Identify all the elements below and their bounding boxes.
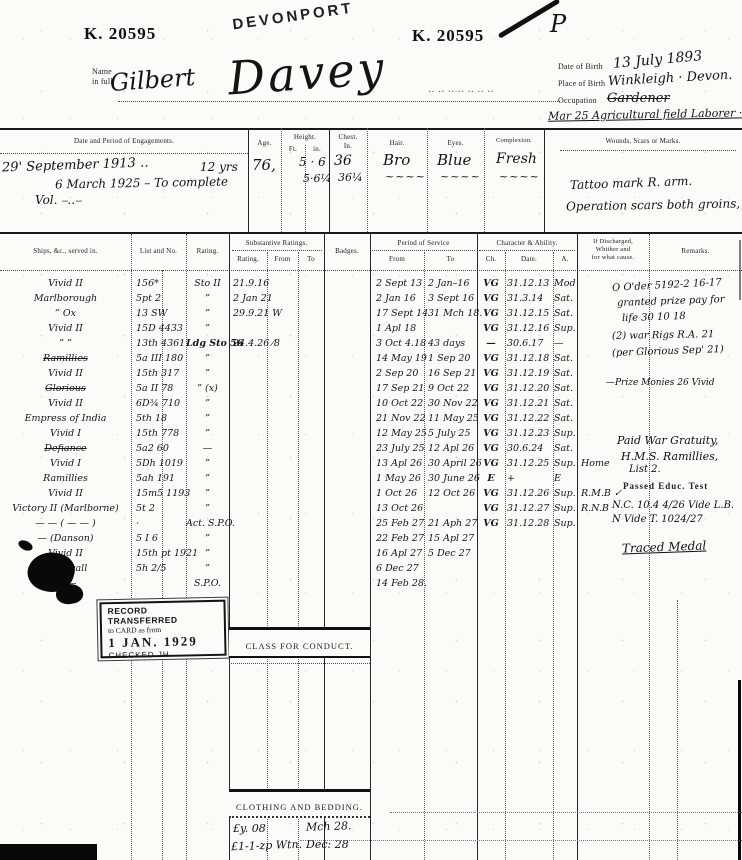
cell-ship: Vivid II bbox=[0, 278, 131, 289]
scan-edge-artifact bbox=[738, 680, 741, 860]
ships-header: Ships, &c., served in. bbox=[0, 247, 131, 255]
hair-header: Hair. bbox=[367, 139, 427, 147]
cell-rating: ” bbox=[186, 533, 229, 544]
reference-number-right: K. 20595 bbox=[412, 26, 484, 46]
cell-ship: ” Ox bbox=[0, 308, 131, 319]
hair-value: Bro bbox=[383, 151, 410, 169]
cell-to: 12 Oct 26 bbox=[424, 488, 477, 499]
cell-rating: Ldg Sto 56 bbox=[186, 338, 229, 349]
cell-to: 12 Apl 26 bbox=[424, 443, 477, 454]
scan-edge-artifact bbox=[739, 240, 741, 300]
cell-from: 13 Oct 26 bbox=[370, 503, 424, 514]
sub-to-header: To bbox=[298, 255, 324, 263]
table-row: Vivid I15th 778”12 May 255 July 25VG31.1… bbox=[0, 426, 649, 441]
age-header: Age. bbox=[248, 139, 281, 147]
cell-ability: — bbox=[553, 338, 577, 349]
remark-line: granted prize pay for bbox=[617, 294, 725, 309]
cell-from: 1 Apl 18 bbox=[370, 323, 424, 334]
cell-ability: E bbox=[553, 473, 577, 484]
cell-to: 5 Dec 27 bbox=[424, 548, 477, 559]
cell-from: 17 Sept 14 bbox=[370, 308, 424, 319]
remark-line: H.M.S. Ramillies, bbox=[621, 450, 718, 463]
cell-list: · bbox=[131, 518, 186, 529]
cell-rating: ” bbox=[186, 293, 229, 304]
cell-ability: Sat. bbox=[553, 398, 577, 409]
height-header: Height. bbox=[281, 133, 329, 141]
remark-line: (2) war Rigs R.A. 21 bbox=[612, 329, 714, 342]
cell-char-date: 31.12.13 bbox=[505, 278, 553, 289]
cell-char-date: 31.3.14 bbox=[505, 293, 553, 304]
cell-ship: ” ” bbox=[0, 338, 131, 349]
cell-char-date: 31.12.15 bbox=[505, 308, 553, 319]
wounds-value-2: Operation scars both groins, bbox=[566, 196, 740, 213]
engagement-line1: 29' September 1913 ‥ bbox=[2, 155, 149, 175]
cell-from: 1 May 26 bbox=[370, 473, 424, 484]
cell-character: VG bbox=[477, 518, 505, 529]
cell-character: VG bbox=[477, 368, 505, 379]
table-row: Vivid II15th 317”2 Sep 2016 Sep 21VG31.1… bbox=[0, 366, 649, 381]
table-row: Marlborough5pt 2”2 Jan 212 Jan 163 Sept … bbox=[0, 291, 649, 306]
rule bbox=[0, 270, 742, 271]
cell-to: 5 July 25 bbox=[424, 428, 477, 439]
cell-list: 156* bbox=[131, 278, 186, 289]
table-row: Defiance5a2 60—23 July 2512 Apl 26VG30.6… bbox=[0, 441, 649, 456]
cell-character: VG bbox=[477, 488, 505, 499]
table-row: Vivid I5Dh 1019”13 Apl 2630 April 26VG31… bbox=[0, 456, 649, 471]
cell-rating: Act. S.P.O. bbox=[186, 518, 229, 529]
cell-rating: Sto II bbox=[186, 278, 229, 289]
cell-sub-rating: 2 Jan 21 bbox=[229, 293, 324, 304]
cell-to: 30 June 26 bbox=[424, 473, 477, 484]
cell-ability: Sat. bbox=[553, 443, 577, 454]
service-table-body: Vivid II156*Sto II21.9.162 Sept 132 Jan–… bbox=[0, 276, 649, 591]
cell-ship: — — ( — — ) bbox=[0, 518, 131, 529]
cell-rating: ” bbox=[186, 428, 229, 439]
cell-from: 13 Apl 26 bbox=[370, 458, 424, 469]
cell-to: 15 Apl 27 bbox=[424, 533, 477, 544]
cell-from: 2 Sept 13 bbox=[370, 278, 424, 289]
cell-ability: Sat. bbox=[553, 368, 577, 379]
cell-list: 5Dh 1019 bbox=[131, 458, 186, 469]
clothing-entry: £1-1-zp Wtn. bbox=[231, 838, 302, 853]
table-row: Cornwall5h 2/5”6 Dec 27 bbox=[0, 561, 649, 576]
cell-list: 5 I 6 bbox=[131, 533, 186, 544]
cell-rating: ” bbox=[186, 503, 229, 514]
rule bbox=[232, 250, 322, 251]
rating-header: Rating. bbox=[186, 247, 229, 255]
occupation-amended-value: Mar 25 Agricultural field Laborer · ⎯ bbox=[548, 106, 742, 124]
reference-number-left: K. 20595 bbox=[84, 24, 156, 44]
remark-line: Paid War Gratuity, bbox=[617, 434, 718, 447]
cell-char-date: 31.12.19 bbox=[505, 368, 553, 379]
cell-ship: Vivid II bbox=[0, 488, 131, 499]
cell-list: 13 SW bbox=[131, 308, 186, 319]
cell-to: 31 Mch 18. bbox=[424, 308, 477, 319]
pob-label: Place of Birth bbox=[558, 79, 610, 88]
cell-ship: Marlborough bbox=[0, 293, 131, 304]
cell-ability: Sat. bbox=[553, 353, 577, 364]
dob-value: 13 July 1893 bbox=[612, 48, 702, 72]
remark-line: List 2. bbox=[629, 464, 661, 475]
rule bbox=[390, 812, 742, 813]
cell-character: VG bbox=[477, 353, 505, 364]
hair-squiggle: ~~~~ bbox=[385, 170, 426, 183]
cell-char-date: 30.6.24 bbox=[505, 443, 553, 454]
pob-value: Winkleigh · Devon. bbox=[608, 68, 733, 89]
cell-rating: — bbox=[186, 443, 229, 454]
cell-rating: ” bbox=[186, 548, 229, 559]
cell-from: 1 Oct 26 bbox=[370, 488, 424, 499]
height-value-2: 5·6¼ bbox=[303, 172, 331, 185]
eyes-squiggle: ~~~~ bbox=[440, 170, 481, 183]
clothing-entry: £y. 08 bbox=[233, 822, 266, 835]
list-no-header: List and No. bbox=[131, 247, 186, 255]
age-value: 76, bbox=[252, 156, 276, 174]
cell-ship: Ramillies bbox=[0, 353, 131, 364]
height-value-1: 5 · 6 bbox=[299, 155, 326, 169]
column-rule bbox=[281, 128, 282, 232]
traced-medal-note: Traced Medal bbox=[622, 539, 707, 556]
table-row: Glorious5a II 78” (x)17 Sep 219 Oct 22VG… bbox=[0, 381, 649, 396]
cell-ability: Sat. bbox=[553, 293, 577, 304]
rule bbox=[372, 250, 475, 251]
cell-ability: Sup. bbox=[553, 488, 577, 499]
cell-from: 17 Sep 21 bbox=[370, 383, 424, 394]
cell-character: VG bbox=[477, 428, 505, 439]
cell-to: 3 Sept 16 bbox=[424, 293, 477, 304]
engagement-line3: Vol. ⎯‥⎯ bbox=[35, 193, 81, 208]
clothing-and-bedding-box: CLOTHING AND BEDDING. bbox=[229, 789, 370, 818]
chest-value-2: 36¼ bbox=[338, 171, 363, 184]
cell-character: VG bbox=[477, 278, 505, 289]
cell-rating: ” bbox=[186, 323, 229, 334]
engagement-line2: 6 March 1925 – To complete bbox=[55, 174, 228, 191]
cell-character: VG bbox=[477, 293, 505, 304]
cell-ability: Sup. bbox=[553, 458, 577, 469]
cell-to: 11 May 25 bbox=[424, 413, 477, 424]
cell-to: 9 Oct 22 bbox=[424, 383, 477, 394]
occupation-struck-value: Gardener bbox=[607, 91, 670, 106]
first-name-handwritten: Gilbert bbox=[109, 63, 196, 97]
cell-rating: ” (x) bbox=[186, 383, 229, 394]
badges-header: Badges. bbox=[324, 247, 370, 255]
cell-list: 15m5 1193 bbox=[131, 488, 186, 499]
substantive-ratings-header: Substantive Ratings. bbox=[229, 239, 324, 247]
cell-to: 43 days bbox=[424, 338, 477, 349]
cell-ship: Vivid I bbox=[0, 458, 131, 469]
cell-character: VG bbox=[477, 308, 505, 319]
cell-list: 15th pt 1921 bbox=[131, 548, 186, 559]
period-to-header: To bbox=[424, 255, 477, 263]
stamp-checked: CHECKED JH bbox=[108, 649, 218, 660]
rule bbox=[479, 250, 575, 251]
table-row: Vivid II6D¾ 710”10 Oct 2230 Nov 22VG31.1… bbox=[0, 396, 649, 411]
table-row: Empress of India5th 18”21 Nov 2211 May 2… bbox=[0, 411, 649, 426]
cell-rating: ” bbox=[186, 368, 229, 379]
cell-to: 16 Sep 21 bbox=[424, 368, 477, 379]
cell-character: — bbox=[477, 338, 505, 349]
cell-char-date: 31.12.18 bbox=[505, 353, 553, 364]
height-ft-header: Ft. bbox=[281, 145, 305, 153]
cell-ability: Sat. bbox=[553, 413, 577, 424]
cell-rating: ” bbox=[186, 563, 229, 574]
cell-character: E bbox=[477, 473, 505, 484]
cell-to: 2 Jan–16 bbox=[424, 278, 477, 289]
table-row: Ramillies5a III 180”14 May 191 Sep 20VG3… bbox=[0, 351, 649, 366]
complexion-value: Fresh bbox=[496, 151, 537, 167]
ability-header: A. bbox=[553, 255, 577, 263]
chest-value-1: 36 bbox=[334, 153, 352, 169]
cell-from: 12 May 25 bbox=[370, 428, 424, 439]
name-baseline-rule bbox=[118, 101, 560, 102]
cell-list: 5t 2 bbox=[131, 503, 186, 514]
table-row: — — ( — — )·Act. S.P.O.25 Feb 2721 Aph 2… bbox=[0, 516, 649, 531]
cell-sub-rating: 21.9.16 bbox=[229, 278, 324, 289]
cell-from: 22 Feb 27 bbox=[370, 533, 424, 544]
remark-line: N.C. 10.4 4/26 Vide L.B. bbox=[612, 500, 734, 511]
cell-ship: Empress of India bbox=[0, 413, 131, 424]
cell-rating: ” bbox=[186, 398, 229, 409]
discharged-header-3: for what cause. bbox=[577, 254, 649, 261]
rule bbox=[560, 150, 736, 151]
chest-header: Chest. bbox=[329, 133, 367, 141]
cell-char-date: 31.12.28 bbox=[505, 518, 553, 529]
cell-to: 30 Nov 22 bbox=[424, 398, 477, 409]
cell-character: VG bbox=[477, 323, 505, 334]
cell-ship: Vivid II bbox=[0, 323, 131, 334]
cell-rating: ” bbox=[186, 353, 229, 364]
cell-char-date: 31.12.25 bbox=[505, 458, 553, 469]
eyes-header: Eyes. bbox=[427, 139, 484, 147]
rule bbox=[229, 663, 370, 664]
clothing-entry: Mch 28. bbox=[306, 819, 352, 834]
period-of-service-header: Period of Service bbox=[370, 239, 477, 247]
rule bbox=[0, 232, 742, 234]
service-record-document: DEVONPORT K. 20595 K. 20595 P Name in fu… bbox=[0, 0, 742, 860]
cell-rating: ” bbox=[186, 308, 229, 319]
character-ability-header: Character & Ability. bbox=[477, 239, 577, 247]
record-transferred-stamp: RECORD TRANSFERRED to CARD as from 1 JAN… bbox=[99, 600, 226, 659]
cell-char-date: 31.12.23 bbox=[505, 428, 553, 439]
char-date-header: Date. bbox=[505, 255, 553, 263]
class-for-conduct-title: CLASS FOR CONDUCT. bbox=[246, 641, 354, 651]
ch-header: Ch. bbox=[477, 255, 505, 263]
cell-from: 14 May 19 bbox=[370, 353, 424, 364]
cell-list: 15th 317 bbox=[131, 368, 186, 379]
sub-from-header: From bbox=[267, 255, 298, 263]
discharged-header-1: If Discharged, bbox=[577, 238, 649, 245]
wounds-value-1: Tattoo mark R. arm. bbox=[570, 174, 693, 192]
cell-rating: ” bbox=[186, 458, 229, 469]
chest-in-header: In. bbox=[329, 142, 367, 150]
table-row: Ramillies5ah 191”1 May 2630 June 26E+E bbox=[0, 471, 649, 486]
cell-to: 1 Sep 20 bbox=[424, 353, 477, 364]
cell-from: 2 Jan 16 bbox=[370, 293, 424, 304]
cell-rating: ” bbox=[186, 473, 229, 484]
ink-letter-mark: P bbox=[550, 10, 566, 38]
cell-char-date: + bbox=[505, 473, 553, 484]
complexion-squiggle: ~~~~ bbox=[499, 170, 540, 183]
period-from-header: From bbox=[370, 255, 424, 263]
table-row: Vivid II156*Sto II21.9.162 Sept 132 Jan–… bbox=[0, 276, 649, 291]
cell-ability: Sup. bbox=[553, 428, 577, 439]
cell-char-date: 31.12.21 bbox=[505, 398, 553, 409]
rule bbox=[0, 128, 742, 130]
complexion-header: Complexion. bbox=[484, 137, 544, 144]
rule bbox=[300, 840, 742, 841]
table-row: ” Ox13 SW”29.9.21 W17 Sept 1431 Mch 18.V… bbox=[0, 306, 649, 321]
table-row: ” ”13th 4361Ldg Sto 5624.4.26 ⁄83 Oct 4.… bbox=[0, 336, 649, 351]
cell-rating: S.P.O. bbox=[186, 578, 229, 589]
cell-to: 30 April 26 bbox=[424, 458, 477, 469]
table-row: Vivid II15D 4433”1 Apl 18VG31.12.16Sup. bbox=[0, 321, 649, 336]
cell-ship: Defiance bbox=[0, 443, 131, 454]
cell-from: 14 Feb 28. bbox=[370, 578, 424, 589]
cell-rating: ” bbox=[186, 413, 229, 424]
dob-label: Date of Birth bbox=[558, 62, 610, 71]
stamp-line-1: RECORD TRANSFERRED bbox=[108, 604, 218, 626]
sub-rating-header: Rating. bbox=[229, 255, 267, 263]
cell-to: 21 Aph 27 bbox=[424, 518, 477, 529]
class-for-conduct-box: CLASS FOR CONDUCT. bbox=[229, 627, 370, 658]
cell-rating: ” bbox=[186, 488, 229, 499]
cell-from: 10 Oct 22 bbox=[370, 398, 424, 409]
cell-from: 21 Nov 22 bbox=[370, 413, 424, 424]
wounds-header: Wounds, Scars or Marks. bbox=[544, 137, 742, 145]
cell-list: 5a II 78 bbox=[131, 383, 186, 394]
cell-character: VG bbox=[477, 458, 505, 469]
table-row: — (Danson)5 I 6”22 Feb 2715 Apl 27 bbox=[0, 531, 649, 546]
cell-char-date: 31.12.20 bbox=[505, 383, 553, 394]
cell-list: 6D¾ 710 bbox=[131, 398, 186, 409]
passed-educ-test-stamp: Passed Educ. Test bbox=[623, 481, 708, 491]
cell-char-date: 31.12.27 bbox=[505, 503, 553, 514]
cell-ability: Sat. bbox=[553, 308, 577, 319]
eyes-value: Blue bbox=[437, 151, 471, 169]
cell-char-date: 31.12.22 bbox=[505, 413, 553, 424]
cell-sub-rating: 24.4.26 ⁄8 bbox=[229, 338, 324, 349]
table-row: Vivid II15th pt 1921”16 Apl 275 Dec 27 bbox=[0, 546, 649, 561]
table-row: Victory II (Marlborne)5t 2”13 Oct 26VG31… bbox=[0, 501, 649, 516]
cell-character: VG bbox=[477, 413, 505, 424]
cell-char-date: 31.12.16 bbox=[505, 323, 553, 334]
cell-list: 5th 18 bbox=[131, 413, 186, 424]
height-in-header: in. bbox=[305, 145, 329, 153]
surname-handwritten: Davey bbox=[226, 41, 388, 106]
cell-from: 6 Dec 27 bbox=[370, 563, 424, 574]
cell-sub-rating: 29.9.21 W bbox=[229, 308, 324, 319]
cell-from: 25 Feb 27 bbox=[370, 518, 424, 529]
cell-list: 15th 778 bbox=[131, 428, 186, 439]
cell-character: VG bbox=[477, 398, 505, 409]
cell-list: 5h 2/5 bbox=[131, 563, 186, 574]
cell-from: 23 July 25 bbox=[370, 443, 424, 454]
engagements-header: Date and Period of Engagements. bbox=[0, 137, 248, 145]
cell-from: 3 Oct 4.18 bbox=[370, 338, 424, 349]
cell-ship: Vivid I bbox=[0, 428, 131, 439]
cell-char-date: 30.6.17 bbox=[505, 338, 553, 349]
cell-ability: Sat. bbox=[553, 383, 577, 394]
cell-from: 2 Sep 20 bbox=[370, 368, 424, 379]
remark-line: —Prize Monies 26 Vivid bbox=[606, 378, 715, 388]
occupation-label: Occupation bbox=[558, 96, 610, 105]
cell-character: VG bbox=[477, 503, 505, 514]
column-rule bbox=[677, 600, 678, 860]
cell-ship: Vivid II bbox=[0, 368, 131, 379]
cell-ability: Sup. bbox=[553, 518, 577, 529]
cell-list: 13th 4361 bbox=[131, 338, 186, 349]
cell-ship: Vivid II bbox=[0, 398, 131, 409]
cell-list: 5pt 2 bbox=[131, 293, 186, 304]
cell-character: VG bbox=[477, 443, 505, 454]
cell-ship: Victory II (Marlborne) bbox=[0, 503, 131, 514]
trailing-dots: ‥ ‥ ‥ ‥ ‥ ‥ ‥ bbox=[428, 84, 494, 95]
remarks-header: Remarks. bbox=[649, 247, 742, 255]
cell-ship: Ramillies bbox=[0, 473, 131, 484]
cell-list: 5ah 191 bbox=[131, 473, 186, 484]
clothing-and-bedding-title: CLOTHING AND BEDDING. bbox=[236, 802, 363, 812]
cell-from: 16 Apl 27 bbox=[370, 548, 424, 559]
cell-list: 15D 4433 bbox=[131, 323, 186, 334]
cell-ship: Glorious bbox=[0, 383, 131, 394]
remark-line: N Vide T. 1024/27 bbox=[612, 514, 703, 525]
cell-ability: Sup. bbox=[553, 323, 577, 334]
cell-ability: Mod bbox=[553, 278, 577, 289]
rule bbox=[0, 153, 248, 154]
engagement-line1-term: 12 yrs bbox=[200, 160, 238, 174]
table-row: Vivid II15m5 1193”1 Oct 2612 Oct 26VG31.… bbox=[0, 486, 649, 501]
remark-line: life 30 10 18 bbox=[622, 311, 686, 324]
cell-character: VG bbox=[477, 383, 505, 394]
cell-ability: Sup. bbox=[553, 503, 577, 514]
scan-edge-artifact bbox=[0, 844, 97, 860]
devonport-office-stamp: DEVONPORT bbox=[231, 0, 354, 33]
cell-list: 5a III 180 bbox=[131, 353, 186, 364]
discharged-header-2: Whither and bbox=[577, 246, 649, 253]
cell-char-date: 31.12.26 bbox=[505, 488, 553, 499]
table-row: — —S.P.O.14 Feb 28. bbox=[0, 576, 649, 591]
cell-list: 5a2 60 bbox=[131, 443, 186, 454]
